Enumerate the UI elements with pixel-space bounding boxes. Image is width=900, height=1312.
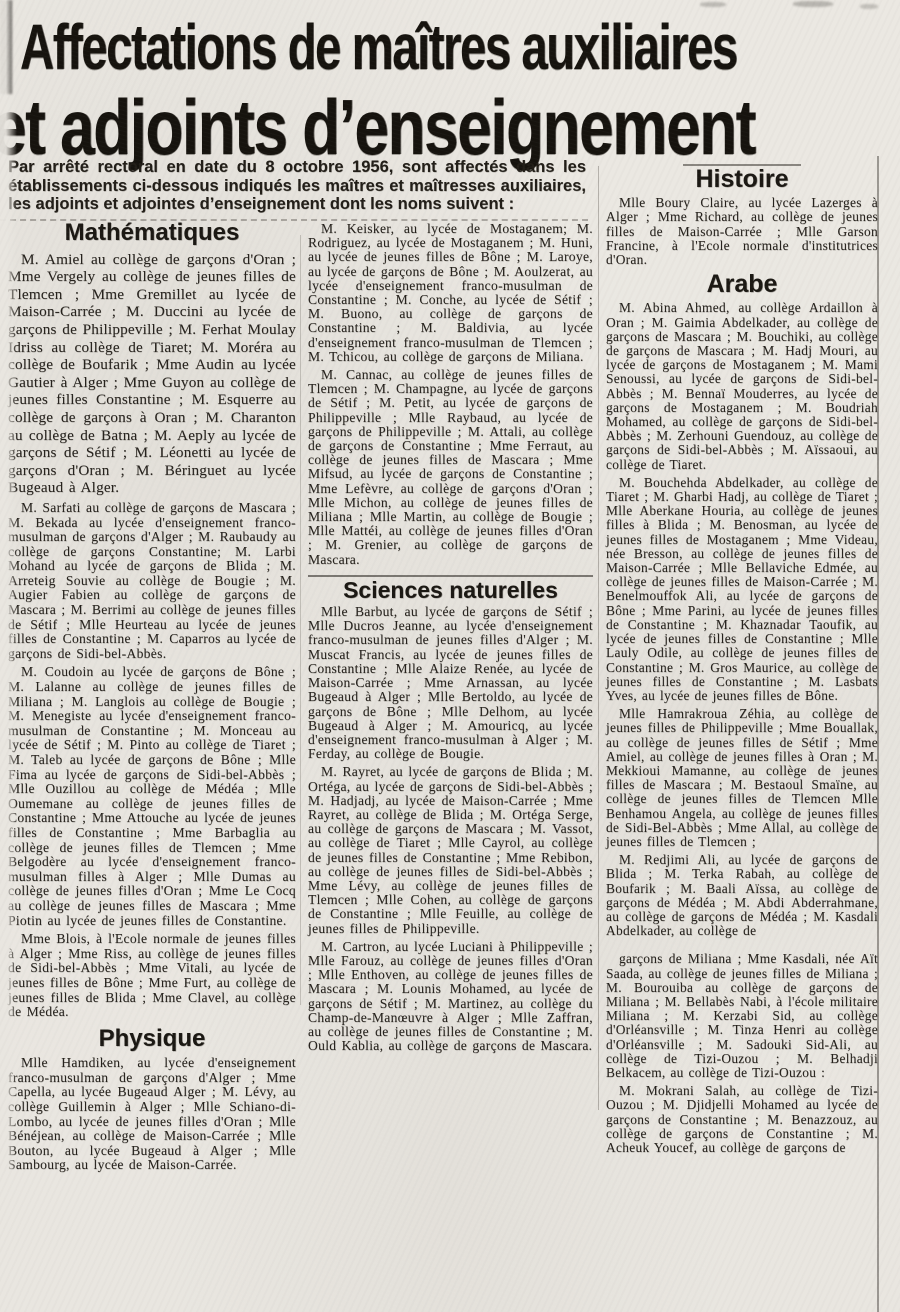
column-3: Histoire Mlle Boury Claire, au lycée Laz… (606, 164, 878, 1159)
arabe-paragraph-2: M. Bouchehda Abdelkader, au collège de T… (606, 476, 878, 703)
sciences-paragraph-3: M. Cartron, au lycée Luciani à Philippev… (308, 940, 593, 1054)
section-heading-mathematiques: Mathématiques (8, 226, 296, 241)
column-rule-2 (598, 166, 599, 1110)
scan-edge-bar (0, 0, 12, 94)
mathematiques-paragraph-5: M. Keisker, au lycée de Mostaganem; M. R… (308, 222, 593, 364)
arabe-paragraph-1: M. Abina Ahmed, au collège Ardaillon à O… (606, 301, 878, 471)
column-1: Mathématiques M. Amiel au collège de gar… (8, 226, 296, 1177)
scan-speck (700, 2, 726, 7)
lead-paragraph: Par arrêté rectoral en date du 8 octobre… (8, 158, 586, 214)
mathematiques-paragraph-6: M. Cannac, au collège de jeunes filles d… (308, 368, 593, 567)
physique-paragraph-1: Mlle Hamdiken, au lycée d'enseignement f… (8, 1056, 296, 1173)
scan-speck (793, 1, 833, 7)
mathematiques-paragraph-1: M. Amiel au collège de garçons d'Oran ; … (8, 251, 296, 497)
arabe-paragraph-4: M. Redjimi Ali, au lycée de garçons de B… (606, 853, 878, 938)
column-2: M. Keisker, au lycée de Mostaganem; M. R… (308, 222, 593, 1057)
arabe-paragraph-5: garçons de Miliana ; Mme Kasdali, née Aï… (606, 952, 878, 1080)
section-heading-arabe: Arabe (606, 277, 878, 291)
mathematiques-paragraph-2: M. Sarfati au collège de garçons de Masc… (8, 501, 296, 662)
sciences-paragraph-1: Mlle Barbut, au lycée de garçons de Séti… (308, 605, 593, 761)
section-heading-histoire: Histoire (606, 164, 878, 186)
sciences-paragraph-2: M. Rayret, au lycée de garçons de Blida … (308, 765, 593, 935)
newspaper-page: Affectations de maîtres auxiliaires et a… (0, 0, 900, 1312)
mathematiques-paragraph-3: M. Coudoin au lycée de garçons de Bône ;… (8, 665, 296, 928)
mathematiques-paragraph-4: Mme Blois, à l'Ecole normale de jeunes f… (8, 932, 296, 1020)
section-heading-sciences-naturelles: Sciences naturelles (308, 575, 593, 597)
headline-line-1: Affectations de maîtres auxiliaires (20, 10, 737, 84)
column-rule-1 (300, 235, 301, 1005)
section-heading-physique: Physique (8, 1032, 296, 1047)
scan-speck (860, 4, 878, 9)
arabe-paragraph-3: Mlle Hamrakroua Zéhia, au collège de jeu… (606, 707, 878, 849)
arabe-paragraph-6: M. Mokrani Salah, au collège de Tizi-Ouz… (606, 1084, 878, 1155)
histoire-paragraph-1: Mlle Boury Claire, au lycée Lazerges à A… (606, 196, 878, 267)
